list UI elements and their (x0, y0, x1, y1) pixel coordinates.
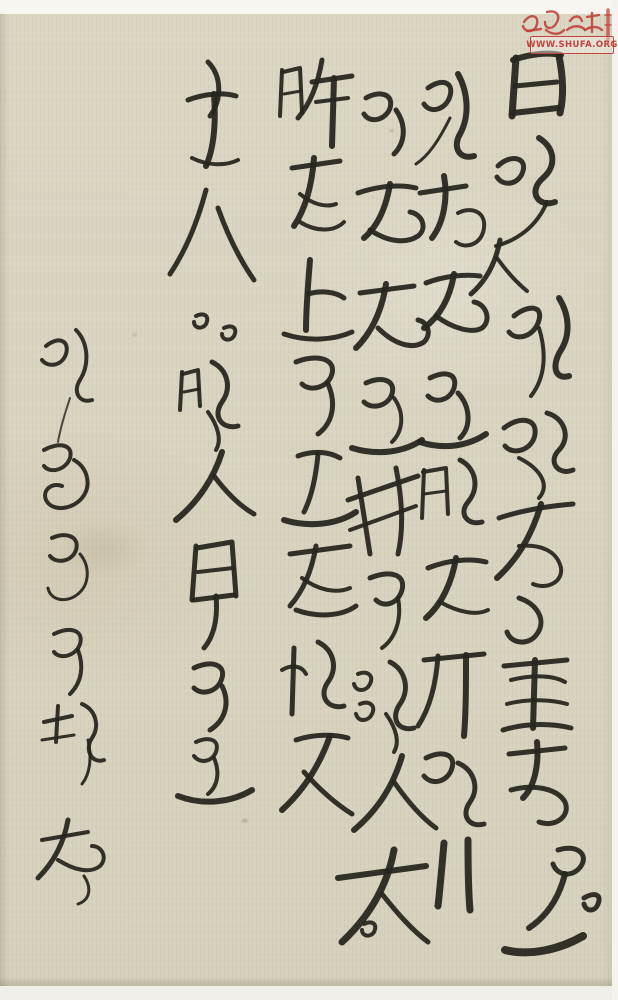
ink-strokes (38, 54, 599, 953)
watermark-url-text: WWW.SHUFA.ORG (526, 40, 618, 50)
calligraphy-artwork (0, 0, 618, 1000)
watermark-url-box: WWW.SHUFA.ORG (530, 36, 614, 54)
scan-page: WWW.SHUFA.ORG (0, 0, 618, 1000)
